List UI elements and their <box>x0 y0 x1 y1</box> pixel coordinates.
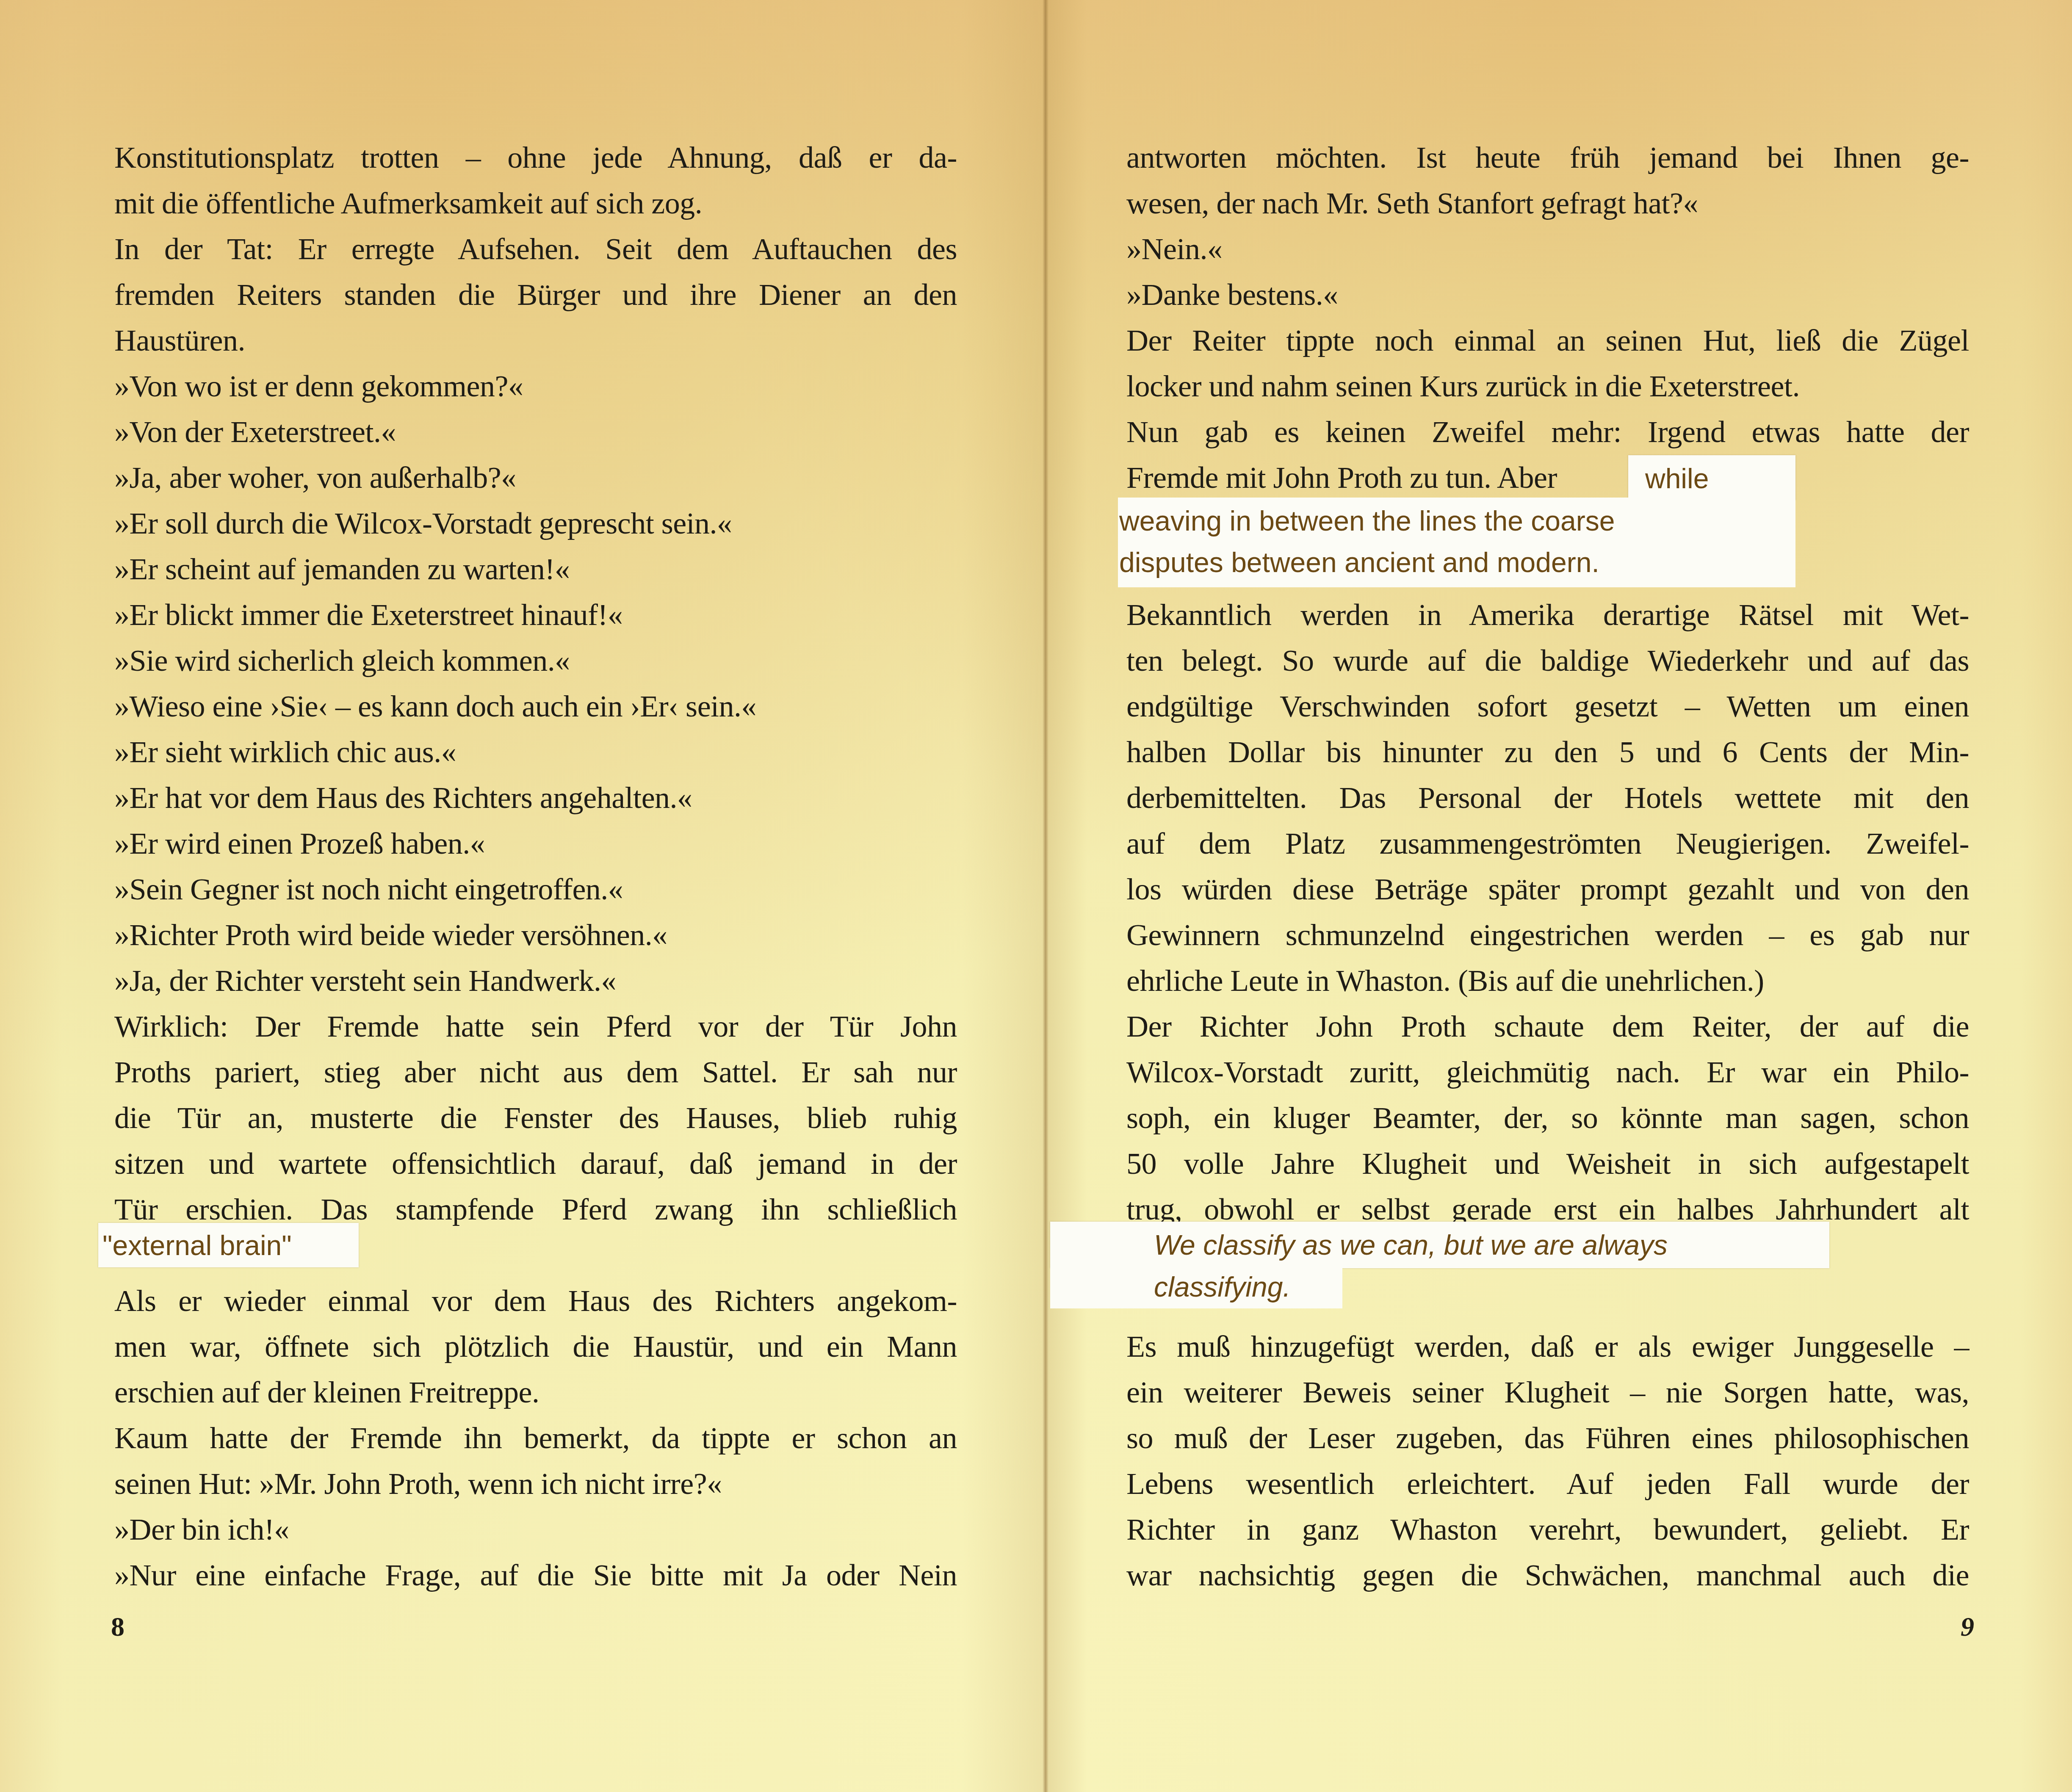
text-line: endgültige Verschwinden sofort gesetzt –… <box>1126 683 1969 729</box>
text-line: sitzen und wartete offensichtlich darauf… <box>114 1141 957 1186</box>
text-line: Fremde mit John Proth zu tun. Aber <box>1126 455 1969 501</box>
dialogue-line: »Von wo ist er denn gekommen?« <box>114 363 957 409</box>
text-line: Nun gab es keinen Zweifel mehr: Irgend e… <box>1126 409 1969 455</box>
pasted-snippet-text: We classify as we can, but we are always <box>1050 1222 1829 1266</box>
pasted-snippet-text: classifying. <box>1050 1266 1342 1308</box>
text-line: soph, ein kluger Beamter, der, so könnte… <box>1126 1095 1969 1141</box>
pasted-snippet-text: disputes between ancient and modern. <box>1118 542 1795 583</box>
text-line: In der Tat: Er erregte Aufsehen. Seit de… <box>114 226 957 272</box>
text-line: Kaum hatte der Fremde ihn bemerkt, da ti… <box>114 1415 957 1461</box>
page-number-right: 9 <box>1961 1611 1974 1643</box>
text-line: Als er wieder einmal vor dem Haus des Ri… <box>114 1278 957 1324</box>
dialogue-line: »Er hat vor dem Haus des Richters angeha… <box>114 775 957 821</box>
pasted-snippet-classify-top: We classify as we can, but we are always <box>1050 1222 1829 1268</box>
text-line: so muß der Leser zugeben, das Führen ein… <box>1126 1415 1969 1461</box>
dialogue-line: »Wieso eine ›Sie‹ – es kann doch auch ei… <box>114 683 957 729</box>
dialogue-line: »Nur eine einfache Frage, auf die Sie bi… <box>114 1552 957 1598</box>
book-spread: Konstitutionsplatz trotten – ohne jede A… <box>0 0 2072 1792</box>
text-line: wesen, der nach Mr. Seth Stanfort gefrag… <box>1126 180 1969 226</box>
text-line: ten belegt. So wurde auf die baldige Wie… <box>1126 638 1969 683</box>
pasted-snippet-while-body: weaving in between the lines the coarse … <box>1118 498 1795 587</box>
text-line: Konstitutionsplatz trotten – ohne jede A… <box>114 135 957 180</box>
pasted-snippet-text: while <box>1628 455 1795 499</box>
text-line: ein weiterer Beweis seiner Klugheit – ni… <box>1126 1369 1969 1415</box>
dialogue-line: »Richter Proth wird beide wieder versöhn… <box>114 912 957 958</box>
dialogue-line: »Er sieht wirklich chic aus.« <box>114 729 957 775</box>
pasted-snippet-while-top: while <box>1628 455 1795 500</box>
text-line: Gewinnern schmunzelnd eingestrichen werd… <box>1126 912 1969 958</box>
text-line: seinen Hut: »Mr. John Proth, wenn ich ni… <box>114 1461 957 1507</box>
text-line: Bekanntlich werden in Amerika derartige … <box>1126 592 1969 638</box>
dialogue-line: »Er scheint auf jemanden zu warten!« <box>114 546 957 592</box>
text-line: Wirklich: Der Fremde hatte sein Pferd vo… <box>114 1004 957 1049</box>
pasted-snippet-text: "external brain" <box>98 1223 359 1266</box>
text-line: men war, öffnete sich plötzlich die Haus… <box>114 1324 957 1369</box>
pasted-snippet-classify-bottom: classifying. <box>1050 1266 1342 1308</box>
left-page-body: Konstitutionsplatz trotten – ohne jede A… <box>114 135 957 1598</box>
text-line: erschien auf der kleinen Freitreppe. <box>114 1369 957 1415</box>
dialogue-line: »Er blickt immer die Exeterstreet hinauf… <box>114 592 957 638</box>
text-line: Es muß hinzugefügt werden, daß er als ew… <box>1126 1324 1969 1369</box>
text-line: Wilcox-Vorstadt zuritt, gleichmütig nach… <box>1126 1049 1969 1095</box>
text-line: fremden Reiters standen die Bürger und i… <box>114 272 957 318</box>
text-line: Der Reiter tippte noch einmal an seinen … <box>1126 318 1969 363</box>
dialogue-line: »Der bin ich!« <box>114 1507 957 1552</box>
text-line: Lebens wesentlich erleichtert. Auf jeden… <box>1126 1461 1969 1507</box>
text-line: mit die öffentliche Aufmerksamkeit auf s… <box>114 180 957 226</box>
dialogue-line: »Danke bestens.« <box>1126 272 1969 318</box>
text-line: Haustüren. <box>114 318 957 363</box>
pasted-snippet-external-brain: "external brain" <box>98 1223 359 1267</box>
text-line: halben Dollar bis hinunter zu den 5 und … <box>1126 729 1969 775</box>
dialogue-line: »Nein.« <box>1126 226 1969 272</box>
text-line: die Tür an, musterte die Fenster des Hau… <box>114 1095 957 1141</box>
text-line: derbemittelten. Das Personal der Hotels … <box>1126 775 1969 821</box>
dialogue-line: »Sie wird sicherlich gleich kommen.« <box>114 638 957 683</box>
dialogue-line: »Er wird einen Prozeß haben.« <box>114 821 957 866</box>
dialogue-line: »Sein Gegner ist noch nicht eingetroffen… <box>114 866 957 912</box>
text-line: Proths pariert, stieg aber nicht aus dem… <box>114 1049 957 1095</box>
page-number-left: 8 <box>111 1611 124 1643</box>
text-line: Der Richter John Proth schaute dem Reite… <box>1126 1004 1969 1049</box>
left-page: Konstitutionsplatz trotten – ohne jede A… <box>0 0 1046 1792</box>
text-line: Richter in ganz Whaston verehrt, bewunde… <box>1126 1507 1969 1552</box>
text-line: war nachsichtig gegen die Schwächen, man… <box>1126 1552 1969 1598</box>
text-line: los würden diese Beträge später prompt g… <box>1126 866 1969 912</box>
text-line: 50 volle Jahre Klugheit und Weisheit in … <box>1126 1141 1969 1186</box>
text-line: ehrliche Leute in Whaston. (Bis auf die … <box>1126 958 1969 1004</box>
dialogue-line: »Von der Exeterstreet.« <box>114 409 957 455</box>
text-line: antworten möchten. Ist heute früh jemand… <box>1126 135 1969 180</box>
pasted-snippet-text: weaving in between the lines the coarse <box>1118 498 1795 542</box>
text-line: locker und nahm seinen Kurs zurück in di… <box>1126 363 1969 409</box>
dialogue-line: »Ja, der Richter versteht sein Handwerk.… <box>114 958 957 1004</box>
right-page-body: antworten möchten. Ist heute früh jemand… <box>1126 135 1969 1598</box>
text-line: auf dem Platz zusammengeströmten Neugier… <box>1126 821 1969 866</box>
dialogue-line: »Ja, aber woher, von außerhalb?« <box>114 455 957 501</box>
dialogue-line: »Er soll durch die Wilcox-Vorstadt gepre… <box>114 501 957 546</box>
